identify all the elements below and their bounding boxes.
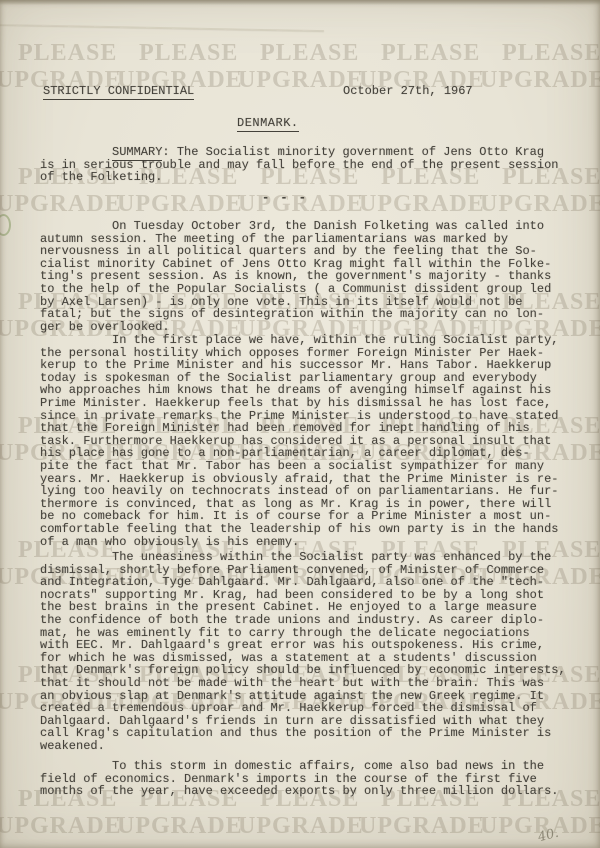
body-paragraph-4: To this storm in domestic affairs, come … bbox=[40, 760, 584, 798]
document-page: PLEASEPLEASEPLEASEPLEASEPLEASEPLEASEUPGR… bbox=[0, 0, 600, 848]
classification-stamp: STRICTLY CONFIDENTIAL bbox=[43, 84, 194, 100]
handwritten-page-number: 40. bbox=[536, 826, 560, 846]
body-paragraph-3: The uneasiness within the Socialist part… bbox=[40, 551, 584, 753]
document-date: October 27th, 1967 bbox=[343, 84, 473, 98]
body-paragraph-1: On Tuesday October 3rd, the Danish Folke… bbox=[40, 220, 584, 333]
paper-top-edge bbox=[0, 0, 600, 5]
document-content: STRICTLY CONFIDENTIAL October 27th, 1967… bbox=[0, 0, 600, 848]
body-paragraph-2: In the first place we have, within the r… bbox=[40, 334, 584, 548]
document-title: DENMARK. bbox=[237, 116, 299, 132]
summary-paragraph: SUMMARY: The Socialist minority governme… bbox=[40, 146, 584, 184]
section-separator: - - - bbox=[262, 191, 308, 205]
